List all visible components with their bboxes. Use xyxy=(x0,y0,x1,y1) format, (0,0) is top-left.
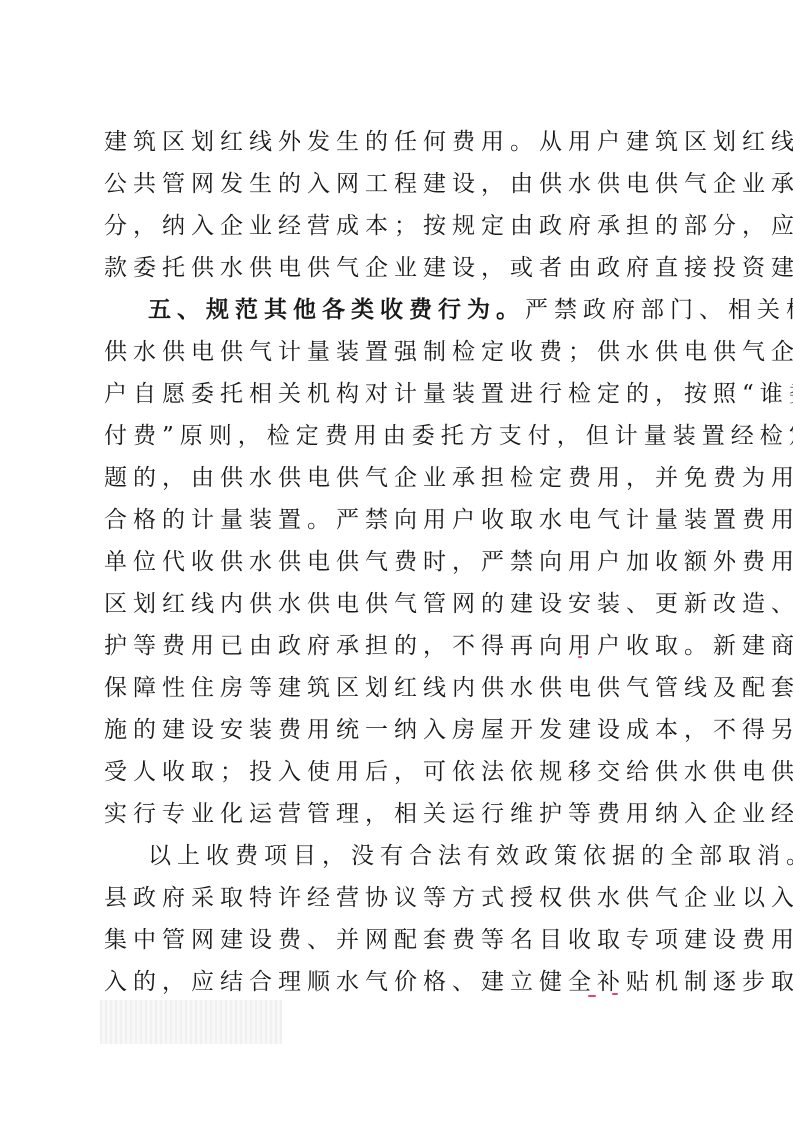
text-line: 集中管网建设费、并网配套费等名目收取专项建设费用补偿收 xyxy=(104,919,704,961)
text-line: 保障性住房等建筑区划红线内供水供电供气管线及配套设备设 xyxy=(104,667,704,709)
text-line: 付费”原则，检定费用由委托方支付，但计量装置经检定确有问 xyxy=(104,415,704,457)
scan-smudge xyxy=(100,1000,282,1044)
text-line: 户自愿委托相关机构对计量装置进行检定的，按照“谁委托、谁 xyxy=(104,373,704,415)
document-page: 建筑区划红线外发生的任何费用。从用户建筑区划红线连接至 公共管网发生的入网工程建… xyxy=(0,0,793,1122)
section-5-first-line: 五、规范其他各类收费行为。严禁政府部门、相关机构对 xyxy=(148,289,748,331)
text-line: 施的建设安装费用统一纳入房屋开发建设成本，不得另外向买 xyxy=(104,709,704,751)
text-line: 区划红线内供水供电供气管网的建设安装、更新改造、维修维 xyxy=(104,583,704,625)
text-span: 严禁政府部门、相关机构对 xyxy=(525,297,793,323)
text-line: 供水供电供气计量装置强制检定收费；供水供电供气企业或用 xyxy=(104,331,704,373)
text-line: 实行专业化运营管理，相关运行维护等费用纳入企业经营成本。 xyxy=(104,793,704,835)
red-speck xyxy=(612,993,618,995)
text-line: 款委托供水供电供气企业建设，或者由政府直接投资建设。 xyxy=(104,247,704,289)
text-line: 县政府采取特许经营协议等方式授权供水供气企业以入网费、 xyxy=(104,877,704,919)
section-heading: 五、规范其他各类收费行为。 xyxy=(148,297,525,323)
text-line: 公共管网发生的入网工程建设，由供水供电供气企业承担的部 xyxy=(104,163,704,205)
text-line: 分，纳入企业经营成本；按规定由政府承担的部分，应及时拨 xyxy=(104,205,704,247)
text-line: 单位代收供水供电供气费时，严禁向用户加收额外费用。建筑 xyxy=(104,541,704,583)
text-line: 合格的计量装置。严禁向用户收取水电气计量装置费用。任何 xyxy=(104,499,704,541)
text-line: 以上收费项目，没有合法有效政策依据的全部取消。各市、 xyxy=(148,835,748,877)
text-line: 建筑区划红线外发生的任何费用。从用户建筑区划红线连接至 xyxy=(104,121,704,163)
red-speck xyxy=(588,995,596,997)
text-line: 受人收取；投入使用后，可依法依规移交给供水供电供气企业 xyxy=(104,751,704,793)
text-line: 题的，由供水供电供气企业承担检定费用，并免费为用户更换 xyxy=(104,457,704,499)
red-speck xyxy=(578,656,582,658)
text-line: 护等费用已由政府承担的，不得再向用户收取。新建商品房、 xyxy=(104,625,704,667)
text-line: 入的，应结合理顺水气价格、建立健全补贴机制逐步取消，具 xyxy=(104,961,704,1003)
